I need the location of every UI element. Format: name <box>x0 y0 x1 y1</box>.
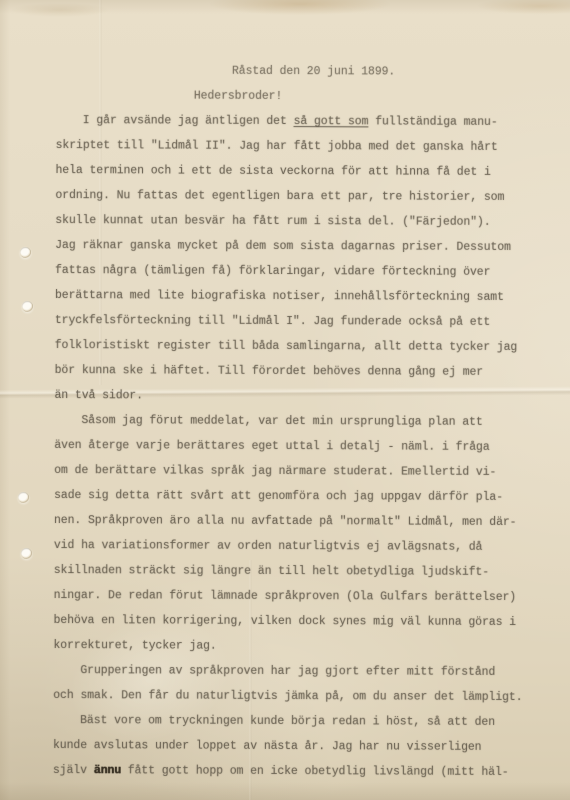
text-run: fattas några (tämligen få) förklaringar,… <box>55 264 490 279</box>
letter-line-salutation: Hedersbroder! <box>56 83 530 110</box>
underline-text-run: så gott som <box>294 115 369 128</box>
letter-line-body: berättarna med lite biografiska notiser,… <box>55 283 529 310</box>
punch-hole <box>20 247 31 258</box>
letter-line-body: korrekturet, tycker jag. <box>53 633 527 660</box>
letter-line-body: nen. Språkproven äro alla nu avfattade p… <box>54 508 528 535</box>
letter-line-body: Jag räknar ganska mycket på dem som sist… <box>55 233 529 260</box>
text-run: folkloristiskt register till båda samlin… <box>55 339 518 354</box>
letter-line-body: kunde avslutas under loppet av nästa år.… <box>53 733 527 760</box>
letter-line-body: sade sig detta rätt svårt att genomföra … <box>54 483 528 510</box>
letter-line-body: fattas några (tämligen få) förklaringar,… <box>55 258 529 285</box>
text-run: själv <box>53 764 94 777</box>
letter-line-body: I går avsände jag äntligen det så gott s… <box>56 108 530 135</box>
text-run: tryckfelsförteckning till "Lidmål I". Ja… <box>55 314 490 329</box>
text-run: Bäst vore om tryckningen kunde börja red… <box>80 714 495 729</box>
text-run: skriptet till "Lidmål II". Jag har fått … <box>56 139 498 154</box>
letter-line-body: Såsom jag förut meddelat, var det min ur… <box>54 408 528 435</box>
text-run: även återge varje berättares eget uttal … <box>54 439 489 454</box>
letter-line-body: bör kunna ske i häftet. Till förordet be… <box>55 358 529 385</box>
letter-line-body: ningar. De redan förut lämnade språkprov… <box>54 583 528 610</box>
text-run: hela terminen och i ett de sista veckorn… <box>55 164 490 179</box>
letter-line-body: hela terminen och i ett de sista veckorn… <box>55 158 529 185</box>
letter-line-body: skulle kunnat utan besvär ha fått rum i … <box>55 208 529 235</box>
letter-line-body: vid ha variationsformer av orden naturli… <box>54 533 528 560</box>
text-run: behöva en liten korrigering, vilken dock… <box>54 614 517 629</box>
text-run: Hedersbroder! <box>194 90 282 103</box>
text-run: och smak. Den får du naturligtvis jämka … <box>53 689 522 704</box>
text-run: kunde avslutas under loppet av nästa år.… <box>53 739 482 754</box>
text-run: vid ha variationsformer av orden naturli… <box>54 539 483 554</box>
text-run: än två sidor. <box>54 389 142 402</box>
letter-line-body: om de berättare vilkas språk jag närmare… <box>54 458 528 485</box>
letter-line-body: skriptet till "Lidmål II". Jag har fått … <box>56 133 530 160</box>
text-run: fullständiga manu- <box>368 115 497 129</box>
punch-hole <box>22 301 33 312</box>
letter-line-body: själv ännu fått gott hopp om en icke obe… <box>53 758 527 785</box>
text-run: berättarna med lite biografiska notiser,… <box>55 289 504 304</box>
letter-line-body: även återge varje berättares eget uttal … <box>54 433 528 460</box>
letter-line-body: skillnaden sträckt sig längre än till he… <box>54 558 528 585</box>
text-run: ningar. De redan förut lämnade språkprov… <box>54 589 517 604</box>
text-run: Råstad den 20 juni 1899. <box>232 65 395 79</box>
letter-scan-photo: Råstad den 20 juni 1899.Hedersbroder!I g… <box>0 0 570 800</box>
punch-hole <box>21 548 32 559</box>
letter-line-body: Grupperingen av språkproven har jag gjor… <box>53 658 527 685</box>
text-run: skillnaden sträckt sig längre än till he… <box>54 564 489 579</box>
text-run: korrekturet, tycker jag. <box>53 639 216 653</box>
letter-line-dateline: Råstad den 20 juni 1899. <box>56 58 530 85</box>
text-run: fått gott hopp om en icke obetydlig livs… <box>121 764 509 779</box>
letter-line-body: än två sidor. <box>54 383 528 410</box>
text-run: I går avsände jag äntligen det <box>83 114 294 128</box>
letter-line-body: Bäst vore om tryckningen kunde börja red… <box>53 708 527 735</box>
text-run: skulle kunnat utan besvär ha fått rum i … <box>55 214 490 229</box>
text-run: sade sig detta rätt svårt att genomföra … <box>54 489 503 504</box>
overstrike-text-run: ännu <box>94 764 121 777</box>
letter-line-body: och smak. Den får du naturligtvis jämka … <box>53 683 527 710</box>
text-run: Såsom jag förut meddelat, var det min ur… <box>81 414 482 429</box>
text-run: om de berättare vilkas språk jag närmare… <box>54 464 496 479</box>
letter-text-block: Råstad den 20 juni 1899.Hedersbroder!I g… <box>53 58 530 785</box>
letter-line-body: tryckfelsförteckning till "Lidmål I". Ja… <box>55 308 529 335</box>
letter-line-body: ordning. Nu fattas det egentligen bara e… <box>55 183 529 210</box>
text-run: ordning. Nu fattas det egentligen bara e… <box>55 189 504 204</box>
text-run: Grupperingen av språkproven har jag gjor… <box>80 664 495 679</box>
text-run: Jag räknar ganska mycket på dem som sist… <box>55 239 511 254</box>
text-run: nen. Språkproven äro alla nu avfattade p… <box>54 514 517 529</box>
text-run: bör kunna ske i häftet. Till förordet be… <box>55 364 484 379</box>
punch-hole <box>18 492 29 503</box>
letter-line-body: behöva en liten korrigering, vilken dock… <box>53 608 527 635</box>
letter-line-body: folkloristiskt register till båda samlin… <box>55 333 529 360</box>
